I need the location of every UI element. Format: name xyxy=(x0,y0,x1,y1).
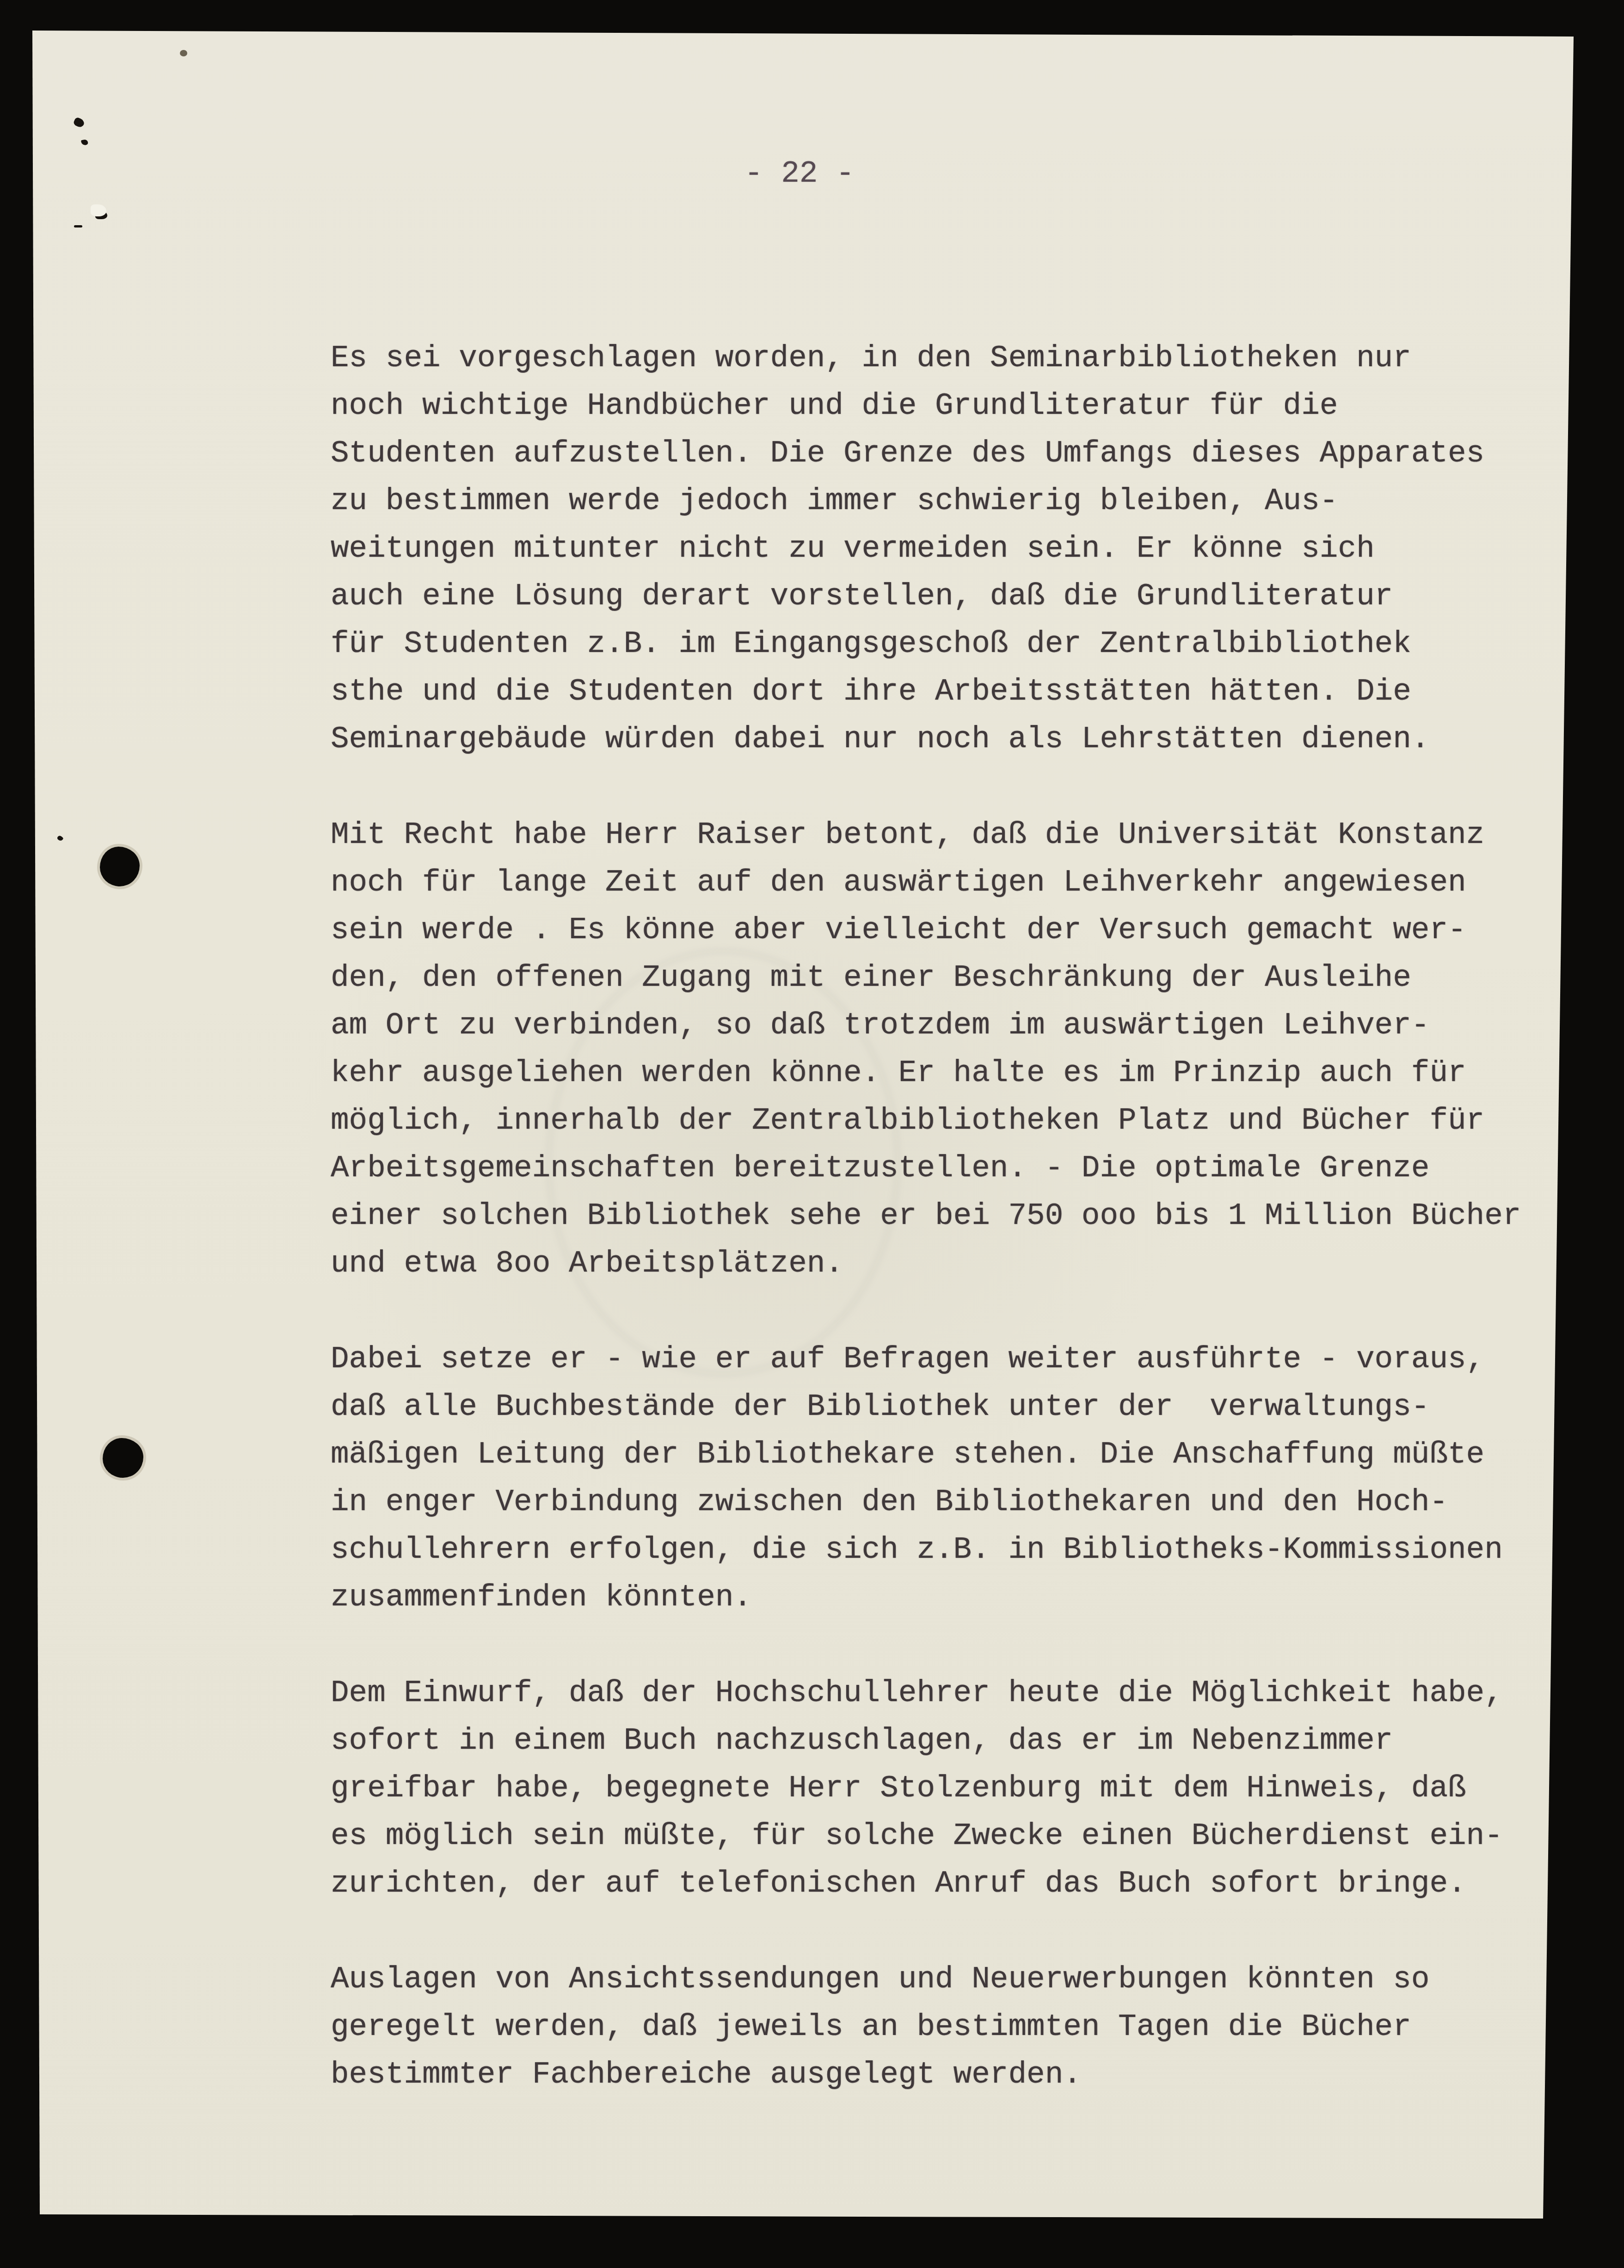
paper-speck xyxy=(81,139,88,146)
paper-speck xyxy=(73,117,85,128)
paragraph-1: Es sei vorgeschlagen worden, in den Semi… xyxy=(331,334,1484,763)
punch-hole-top xyxy=(100,847,140,886)
paper-speck xyxy=(74,225,82,227)
paper-speck xyxy=(180,50,187,56)
paper-tear xyxy=(91,204,106,216)
page-number: - 22 - xyxy=(744,150,855,197)
paragraph-4: Dem Einwurf, daß der Hochschullehrer heu… xyxy=(331,1669,1503,1907)
punch-hole-bottom xyxy=(103,1438,143,1478)
scanned-document-page: - 22 - Es sei vorgeschlagen worden, in d… xyxy=(0,0,1624,2268)
paper-speck xyxy=(56,835,64,842)
paragraph-5: Auslagen von Ansichtssendungen und Neuer… xyxy=(331,1955,1429,2098)
paragraph-3: Dabei setze er - wie er auf Befragen wei… xyxy=(331,1335,1503,1621)
paper-sheet: - 22 - Es sei vorgeschlagen worden, in d… xyxy=(0,0,1624,2268)
paragraph-2: Mit Recht habe Herr Raiser betont, daß d… xyxy=(331,811,1521,1287)
